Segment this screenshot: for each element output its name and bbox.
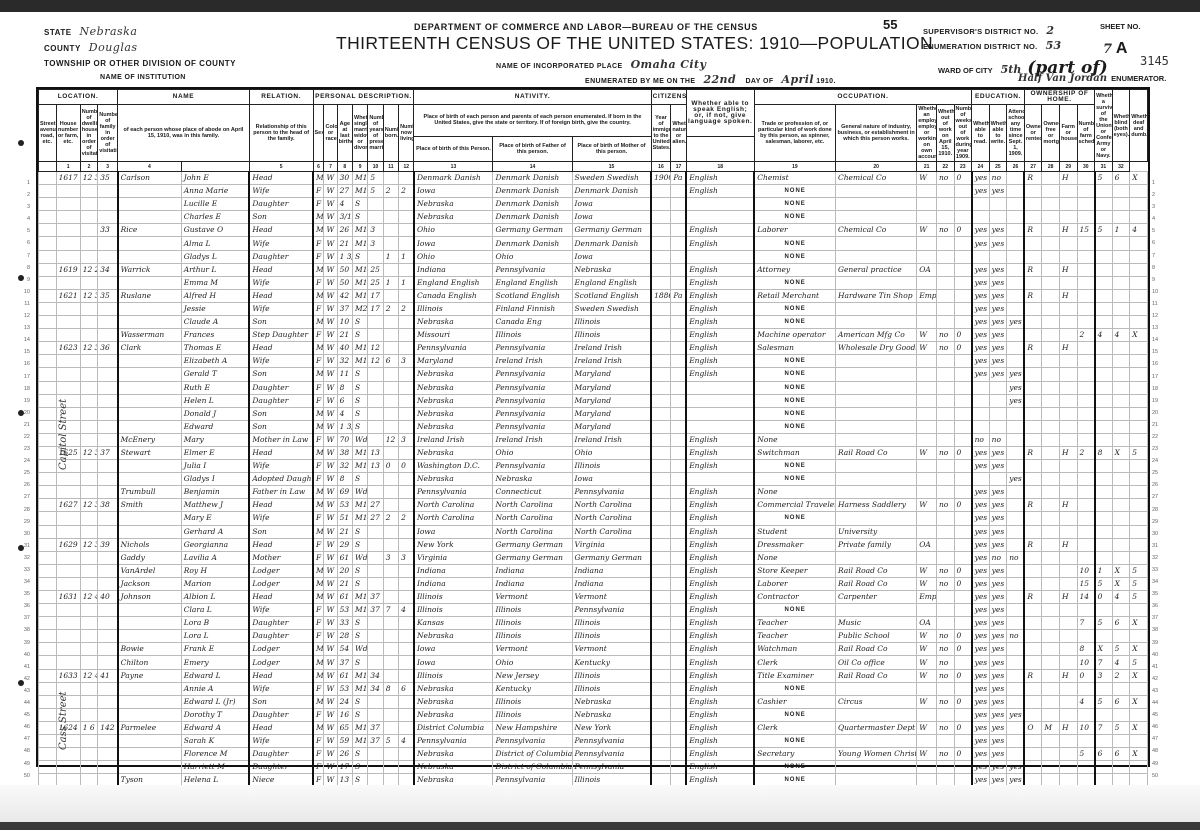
cell-ind [835, 682, 916, 695]
cell-own [1024, 185, 1042, 198]
cell-born: 5 [383, 735, 398, 748]
cell-surv [1095, 342, 1113, 355]
cell-nat [671, 630, 686, 643]
line-number: 4 [1152, 213, 1170, 225]
cell-pob: Illinois [414, 302, 493, 315]
header-language-spacer [686, 136, 754, 161]
cell-ms: S [353, 316, 368, 329]
cell-rel: Head [249, 342, 313, 355]
cell-write: yes [989, 643, 1007, 656]
cell-house: 1623 [56, 342, 80, 355]
cell-ow: no [936, 643, 954, 656]
cell-ms: M1 [353, 604, 368, 617]
column-number: 32 [1112, 162, 1130, 172]
cell-pobf: North Carolina [493, 525, 572, 538]
cell-pobm: Denmark Danish [572, 237, 651, 250]
cell-dw [80, 748, 98, 761]
cell-blind [1112, 499, 1130, 512]
cell-ms: S [353, 420, 368, 433]
cell-mort [1042, 564, 1060, 577]
cell-surv [1095, 708, 1113, 721]
cell-emp [917, 604, 937, 617]
line-number: 1 [1152, 177, 1170, 189]
cell-occ: Cashier [754, 695, 835, 708]
table-row: Elizabeth AWifeFW32M11263MarylandIreland… [39, 355, 1148, 368]
cell-ind: Oil Co office [835, 656, 916, 669]
cell-pobf: Denmark Danish [493, 172, 572, 185]
cell-yrs [368, 316, 383, 329]
table-row: Gerald TSonMW11SNebraskaPennsylvaniaMary… [39, 368, 1148, 381]
table-row: Ruth EDaughterFW8SNebraskaPennsylvaniaMa… [39, 381, 1148, 394]
cell-nat [671, 329, 686, 342]
header-house: House number or farm, etc. [56, 105, 80, 162]
cell-write: yes [989, 224, 1007, 237]
cell-pob: North Carolina [414, 512, 493, 525]
cell-age: 21 [337, 525, 352, 538]
cell-emp: W [917, 643, 937, 656]
cell-pob: Illinois [414, 604, 493, 617]
cell-living [399, 224, 414, 237]
cell-write: yes [989, 591, 1007, 604]
cell-deaf: X [1130, 669, 1148, 682]
header-survivor: Whether a survivor of the Union or Confe… [1095, 90, 1113, 162]
line-number: 20 [12, 407, 30, 419]
cell-race: W [324, 564, 337, 577]
cell-ow: no [936, 224, 954, 237]
cell-ow [936, 368, 954, 381]
cell-pob: England English [414, 276, 493, 289]
cell-lang: English [686, 721, 754, 734]
cell-sched [1077, 302, 1095, 315]
cell-lang [686, 473, 754, 486]
cell-mort [1042, 643, 1060, 656]
cell-given: Albion L [181, 591, 249, 604]
cell-given: Edward A [181, 721, 249, 734]
enumerated-label: ENUMERATED BY ME ON THE [585, 78, 695, 85]
cell-ms: M1 [353, 355, 368, 368]
cell-dw [80, 460, 98, 473]
cell-farm: H [1059, 289, 1077, 302]
header-street: Street, avenue, road, etc. [39, 105, 57, 162]
cell-born: 3 [383, 551, 398, 564]
cell-fam [98, 460, 118, 473]
cell-ow [936, 263, 954, 276]
cell-street [39, 682, 57, 695]
year: 1910. [816, 78, 836, 85]
cell-wk: 0 [954, 224, 972, 237]
cell-age: 40 [337, 342, 352, 355]
cell-ms: M1 [353, 185, 368, 198]
cell-deaf: X [1130, 617, 1148, 630]
line-number: 2 [1152, 189, 1170, 201]
cell-rel: Lodger [249, 643, 313, 656]
cell-race: W [324, 538, 337, 551]
cell-living [399, 446, 414, 459]
cell-surname: Smith [118, 499, 182, 512]
supervisor-label: SUPERVISOR'S DISTRICT NO. [923, 27, 1038, 36]
cell-dw [80, 355, 98, 368]
cell-imm [651, 630, 671, 643]
department-heading: DEPARTMENT OF COMMERCE AND LABOR—BUREAU … [414, 22, 758, 32]
cell-lang: English [686, 329, 754, 342]
cell-ind: Public School [835, 630, 916, 643]
cell-living [399, 263, 414, 276]
cell-wk [954, 512, 972, 525]
header-pob-father: Place of birth of Father of this person. [493, 136, 572, 161]
cell-given: Helen L [181, 394, 249, 407]
cell-pobm: Ireland Irish [572, 355, 651, 368]
cell-given: Jessie [181, 302, 249, 315]
cell-house [56, 656, 80, 669]
cell-born [383, 224, 398, 237]
column-number: 24 [972, 162, 990, 172]
cell-ms: S [353, 656, 368, 669]
cell-age: 27 [337, 185, 352, 198]
cell-own [1024, 329, 1042, 342]
cell-given: Georgianna [181, 538, 249, 551]
line-number: 21 [1152, 419, 1170, 431]
cell-rel: Wife [249, 237, 313, 250]
cell-farm [1059, 473, 1077, 486]
cell-surv [1095, 289, 1113, 302]
cell-ms: M1 [353, 682, 368, 695]
cell-own: R [1024, 446, 1042, 459]
line-number: 21 [12, 419, 30, 431]
cell-read: yes [972, 172, 990, 185]
cell-own [1024, 748, 1042, 761]
cell-mort [1042, 748, 1060, 761]
table-row: 162512 337StewartElmer EHeadMW38M113Nebr… [39, 446, 1148, 459]
cell-fam [98, 748, 118, 761]
cell-nat [671, 604, 686, 617]
line-number: 41 [12, 661, 30, 673]
cell-ow [936, 185, 954, 198]
cell-emp [917, 276, 937, 289]
cell-pobf: Pennsylvania [493, 420, 572, 433]
cell-ms: S [353, 695, 368, 708]
cell-imm [651, 708, 671, 721]
cell-farm [1059, 420, 1077, 433]
cell-mort [1042, 237, 1060, 250]
cell-ow: no [936, 721, 954, 734]
cell-sched [1077, 368, 1095, 381]
cell-born [383, 420, 398, 433]
cell-surname: Nichols [118, 538, 182, 551]
cell-surv: 7 [1095, 656, 1113, 669]
cell-nat [671, 669, 686, 682]
line-number: 36 [1152, 600, 1170, 612]
cell-imm [651, 604, 671, 617]
cell-yrs [368, 656, 383, 669]
cell-occ: NONE [754, 302, 835, 315]
cell-pobm: Illinois [572, 617, 651, 630]
cell-imm [651, 525, 671, 538]
cell-sched: 4 [1077, 695, 1095, 708]
cell-fam [98, 682, 118, 695]
line-number: 31 [1152, 540, 1170, 552]
cell-pobm: Virginia [572, 538, 651, 551]
cell-write: yes [989, 446, 1007, 459]
cell-given: Gladys L [181, 250, 249, 263]
cell-lang: English [686, 289, 754, 302]
cell-pob: Nebraska [414, 682, 493, 695]
cell-nat [671, 643, 686, 656]
cell-born [383, 407, 398, 420]
cell-fam: 142 [98, 721, 118, 734]
cell-nat [671, 617, 686, 630]
line-number: 18 [12, 383, 30, 395]
line-number: 45 [1152, 709, 1170, 721]
cell-pob: Nebraska [414, 316, 493, 329]
cell-fam [98, 237, 118, 250]
county-value: Douglas [89, 41, 138, 54]
cell-read: yes [972, 316, 990, 329]
cell-wk: 0 [954, 329, 972, 342]
cell-imm [651, 499, 671, 512]
group-education: EDUCATION. [972, 90, 1025, 105]
cell-surname [118, 708, 182, 721]
cell-surv [1095, 211, 1113, 224]
cell-age: 20 [337, 564, 352, 577]
cell-lang: English [686, 708, 754, 721]
cell-rel: Wife [249, 276, 313, 289]
cell-read: yes [972, 735, 990, 748]
cell-emp [917, 420, 937, 433]
cell-deaf [1130, 735, 1148, 748]
cell-surv [1095, 316, 1113, 329]
cell-race: W [324, 250, 337, 263]
cell-sex: F [313, 394, 324, 407]
cell-blind [1112, 630, 1130, 643]
cell-pobm: Indiana [572, 564, 651, 577]
group-name: NAME [118, 90, 250, 105]
cell-lang: English [686, 656, 754, 669]
cell-emp: W [917, 499, 937, 512]
table-row: JessieWifeFW37M21722IllinoisFinland Finn… [39, 302, 1148, 315]
cell-read: no [972, 433, 990, 446]
cell-living [399, 591, 414, 604]
cell-mort [1042, 329, 1060, 342]
cell-street [39, 460, 57, 473]
cell-deaf [1130, 761, 1148, 774]
cell-street [39, 643, 57, 656]
cell-wk [954, 368, 972, 381]
cell-sex: F [313, 735, 324, 748]
cell-pobm: Illinois [572, 630, 651, 643]
cell-born: 2 [383, 302, 398, 315]
cell-born [383, 695, 398, 708]
cell-yrs [368, 211, 383, 224]
cell-lang [686, 211, 754, 224]
cell-fam [98, 643, 118, 656]
cell-blind: 6 [1112, 617, 1130, 630]
cell-sched [1077, 460, 1095, 473]
cell-read [972, 211, 990, 224]
cell-rel: Head [249, 721, 313, 734]
cell-yrs [368, 473, 383, 486]
cell-dw [80, 316, 98, 329]
cell-pobm: Germany German [572, 224, 651, 237]
cell-nat [671, 473, 686, 486]
cell-fam: 41 [98, 669, 118, 682]
scan-top-border [0, 0, 1200, 12]
cell-race: W [324, 263, 337, 276]
cell-blind: 4 [1112, 591, 1130, 604]
scan-bottom-border [0, 822, 1200, 830]
cell-write: yes [989, 564, 1007, 577]
cell-imm [651, 695, 671, 708]
cell-nat [671, 355, 686, 368]
cell-sex: M [313, 342, 324, 355]
cell-lang: English [686, 512, 754, 525]
cell-imm [651, 682, 671, 695]
cell-rel: Daughter [249, 708, 313, 721]
cell-pob: Iowa [414, 656, 493, 669]
cell-ms: S [353, 708, 368, 721]
cell-write [989, 198, 1007, 211]
cell-sex: F [313, 551, 324, 564]
cell-given: Sarah K [181, 735, 249, 748]
cell-wk [954, 407, 972, 420]
cell-rel: Wife [249, 512, 313, 525]
cell-ow: no [936, 669, 954, 682]
day-of-label: DAY OF [745, 78, 773, 85]
header-naturalized: Whether naturalized or alien. [671, 105, 686, 162]
cell-given: Dorothy T [181, 708, 249, 721]
cell-sex: M [313, 499, 324, 512]
cell-own [1024, 302, 1042, 315]
table-row: WassermanFrancesStep DaughterFW21SMissou… [39, 329, 1148, 342]
cell-farm: H [1059, 538, 1077, 551]
line-number: 34 [1152, 576, 1170, 588]
cell-nat [671, 446, 686, 459]
line-number: 11 [12, 298, 30, 310]
cell-surv [1095, 473, 1113, 486]
cell-imm [651, 669, 671, 682]
cell-deaf [1130, 551, 1148, 564]
cell-sex: M [313, 368, 324, 381]
cell-pobf: England English [493, 276, 572, 289]
cell-deaf [1130, 538, 1148, 551]
cell-street [39, 486, 57, 499]
cell-race: W [324, 591, 337, 604]
cell-read: yes [972, 355, 990, 368]
cell-living: 0 [399, 460, 414, 473]
cell-race: W [324, 486, 337, 499]
cell-occ: Salesman [754, 342, 835, 355]
cell-born: 7 [383, 604, 398, 617]
cell-dw: 12 3 [80, 289, 98, 302]
cell-ind [835, 473, 916, 486]
column-number: 16 [651, 162, 671, 172]
cell-given: Julia I [181, 460, 249, 473]
cell-house [56, 316, 80, 329]
cell-dw [80, 302, 98, 315]
cell-pob: Nebraska [414, 630, 493, 643]
cell-blind [1112, 460, 1130, 473]
cell-given: Harriett M [181, 761, 249, 774]
cell-living: 3 [399, 551, 414, 564]
cell-fam [98, 407, 118, 420]
cell-nat [671, 499, 686, 512]
cell-yrs: 3 [368, 224, 383, 237]
cell-surname [118, 276, 182, 289]
cell-emp: W [917, 669, 937, 682]
cell-nat [671, 591, 686, 604]
column-number: 31 [1095, 162, 1113, 172]
cell-given: Gerhard A [181, 525, 249, 538]
group-personal: PERSONAL DESCRIPTION. [313, 90, 414, 105]
cell-ms: Wd [353, 486, 368, 499]
cell-blind [1112, 276, 1130, 289]
cell-occ: Teacher [754, 617, 835, 630]
cell-rel: Head [249, 446, 313, 459]
cell-age: 50 [337, 276, 352, 289]
cell-street [39, 381, 57, 394]
table-row: 162912 339NicholsGeorgiannaHeadFW29SNew … [39, 538, 1148, 551]
table-row: VanArdelRoy HLodgerMW20SIndianaIndianaIn… [39, 564, 1148, 577]
cell-surv [1095, 512, 1113, 525]
cell-wk: 0 [954, 499, 972, 512]
cell-ind: American Mfg Co [835, 329, 916, 342]
cell-ms: Wd [353, 551, 368, 564]
cell-given: Elizabeth A [181, 355, 249, 368]
cell-age: 4 [337, 407, 352, 420]
enumerated-date: ENUMERATED BY ME ON THE22nd DAY OFApril … [585, 73, 836, 86]
cell-given: Emma M [181, 276, 249, 289]
cell-pobf: Pennsylvania [493, 263, 572, 276]
header-family: Number of family in order of visitation. [98, 105, 118, 162]
cell-write: yes [989, 316, 1007, 329]
cell-pob: Illinois [414, 591, 493, 604]
cell-yrs [368, 695, 383, 708]
table-row: Julia IWifeFW32M11300Washington D.C.Penn… [39, 460, 1148, 473]
column-number: 7 [324, 162, 337, 172]
cell-deaf: 5 [1130, 656, 1148, 669]
institution-label: NAME OF INSTITUTION [100, 74, 186, 81]
cell-emp [917, 486, 937, 499]
cell-yrs [368, 368, 383, 381]
cell-pob: Pennsylvania [414, 735, 493, 748]
line-number: 33 [12, 564, 30, 576]
cell-farm [1059, 185, 1077, 198]
cell-farm [1059, 577, 1077, 590]
cell-occ: None [754, 551, 835, 564]
cell-occ: Laborer [754, 224, 835, 237]
cell-race: W [324, 342, 337, 355]
cell-sched [1077, 250, 1095, 263]
cell-lang: English [686, 669, 754, 682]
cell-age: 26 [337, 224, 352, 237]
column-number: 12 [399, 162, 414, 172]
cell-read: yes [972, 695, 990, 708]
header-weeks-out: Number of weeks out of work during year … [954, 105, 972, 162]
cell-ow [936, 512, 954, 525]
cell-wk [954, 211, 972, 224]
cell-emp [917, 473, 937, 486]
cell-lang: English [686, 591, 754, 604]
table-row: 161912 234WarrickArthur LHeadMW50M125Ind… [39, 263, 1148, 276]
cell-age: 50 [337, 263, 352, 276]
cell-living [399, 316, 414, 329]
cell-dw [80, 473, 98, 486]
cell-race: W [324, 329, 337, 342]
cell-born: 1 [383, 276, 398, 289]
cell-pob: Nebraska [414, 394, 493, 407]
cell-sch [1007, 735, 1025, 748]
cell-yrs [368, 420, 383, 433]
cell-write: yes [989, 708, 1007, 721]
